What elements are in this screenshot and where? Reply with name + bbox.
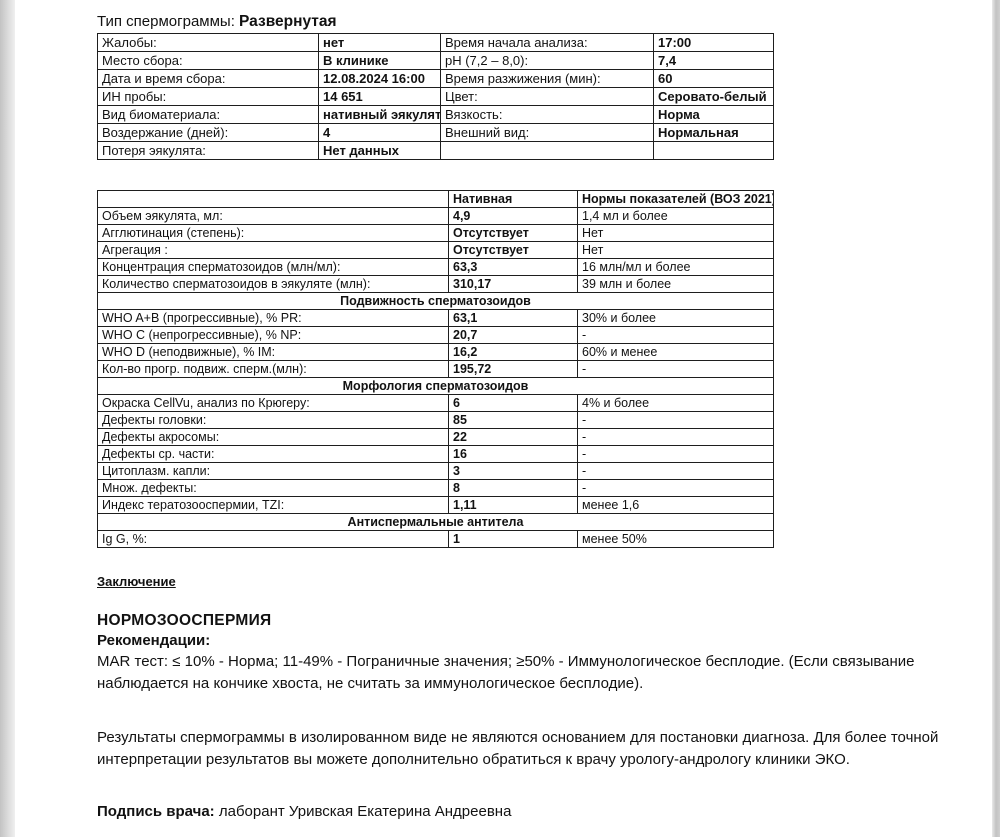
results-section-row: Подвижность сперматозоидов xyxy=(98,293,774,310)
results-data-row: Ig G, %:1менее 50% xyxy=(98,531,774,548)
result-norm: 39 млн и более xyxy=(578,276,774,293)
result-parameter: WHO C (непрогрессивные), % NP: xyxy=(98,327,449,344)
results-header-row: Нативная Нормы показателей (ВОЗ 2021) xyxy=(98,191,774,208)
results-data-row: Окраска CellVu, анализ по Крюгеру:64% и … xyxy=(98,395,774,412)
results-data-row: Количество сперматозоидов в эякуляте (мл… xyxy=(98,276,774,293)
result-parameter: Дефекты ср. части: xyxy=(98,446,449,463)
info-label: Время разжижения (мин): xyxy=(441,70,654,88)
info-label: Внешний вид: xyxy=(441,124,654,142)
result-parameter: WHO A+B (прогрессивные), % PR: xyxy=(98,310,449,327)
result-native-value: 8 xyxy=(449,480,578,497)
info-value: Норма xyxy=(654,106,774,124)
result-norm: - xyxy=(578,480,774,497)
results-data-row: WHO C (непрогрессивные), % NP:20,7- xyxy=(98,327,774,344)
info-table-row: Вид биоматериала:нативный эякулятВязкост… xyxy=(98,106,774,124)
result-norm: менее 50% xyxy=(578,531,774,548)
info-value: 17:00 xyxy=(654,34,774,52)
info-table-row: Дата и время сбора:12.08.2024 16:00Время… xyxy=(98,70,774,88)
info-table-row: Потеря эякулята:Нет данных xyxy=(98,142,774,160)
result-native-value: 16,2 xyxy=(449,344,578,361)
page-title-label: Тип спермограммы: xyxy=(97,13,235,30)
result-parameter: Множ. дефекты: xyxy=(98,480,449,497)
result-parameter: Дефекты акросомы: xyxy=(98,429,449,446)
result-parameter: Дефекты головки: xyxy=(98,412,449,429)
recommendations-label: Рекомендации: xyxy=(97,632,210,649)
result-parameter: WHO D (неподвижные), % IM: xyxy=(98,344,449,361)
results-data-row: Кол-во прогр. подвиж. сперм.(млн):195,72… xyxy=(98,361,774,378)
info-table-row: ИН пробы:14 651Цвет:Серовато-белый xyxy=(98,88,774,106)
info-value xyxy=(654,142,774,160)
result-parameter: Количество сперматозоидов в эякуляте (мл… xyxy=(98,276,449,293)
doctor-signature-value: лаборант Уривская Екатерина Андреевна xyxy=(215,803,512,820)
info-value: 4 xyxy=(319,124,441,142)
results-data-row: Множ. дефекты:8- xyxy=(98,480,774,497)
results-header-norms: Нормы показателей (ВОЗ 2021) xyxy=(578,191,774,208)
results-header-parameter xyxy=(98,191,449,208)
results-section-title: Антиспермальные антитела xyxy=(98,514,774,531)
result-parameter: Цитоплазм. капли: xyxy=(98,463,449,480)
spermogram-report-page: { "header": { "title_label": "Тип спермо… xyxy=(0,0,1000,837)
results-data-row: Дефекты акросомы:22- xyxy=(98,429,774,446)
result-norm: - xyxy=(578,327,774,344)
result-parameter: Агглютинация (степень): xyxy=(98,225,449,242)
result-native-value: 1 xyxy=(449,531,578,548)
mar-test-text: MAR тест: ≤ 10% - Норма; 11-49% - Погран… xyxy=(97,651,953,695)
results-data-row: Объем эякулята, мл:4,91,4 мл и более xyxy=(98,208,774,225)
results-header-native: Нативная xyxy=(449,191,578,208)
result-norm: 16 млн/мл и более xyxy=(578,259,774,276)
info-label: ИН пробы: xyxy=(98,88,319,106)
result-native-value: 63,3 xyxy=(449,259,578,276)
results-data-row: Агрегация :ОтсутствуетНет xyxy=(98,242,774,259)
page-title: Тип спермограммы: Развернутая xyxy=(97,13,337,31)
result-norm: Нет xyxy=(578,225,774,242)
info-table-row: Место сбора:В клиникеpH (7,2 – 8,0):7,4 xyxy=(98,52,774,70)
info-table-row: Воздержание (дней):4Внешний вид:Нормальн… xyxy=(98,124,774,142)
info-label: Воздержание (дней): xyxy=(98,124,319,142)
results-data-row: WHO A+B (прогрессивные), % PR:63,130% и … xyxy=(98,310,774,327)
results-data-row: Концентрация сперматозоидов (млн/мл):63,… xyxy=(98,259,774,276)
result-norm: - xyxy=(578,463,774,480)
page-title-value: Развернутая xyxy=(239,13,337,30)
info-label xyxy=(441,142,654,160)
results-section-row: Морфология сперматозоидов xyxy=(98,378,774,395)
info-table-row: Жалобы:нетВремя начала анализа:17:00 xyxy=(98,34,774,52)
results-data-row: WHO D (неподвижные), % IM:16,260% и мене… xyxy=(98,344,774,361)
result-native-value: 195,72 xyxy=(449,361,578,378)
result-native-value: 85 xyxy=(449,412,578,429)
info-label: Цвет: xyxy=(441,88,654,106)
result-native-value: 63,1 xyxy=(449,310,578,327)
result-norm: - xyxy=(578,361,774,378)
info-value: Серовато-белый xyxy=(654,88,774,106)
info-value: нет xyxy=(319,34,441,52)
results-section-title: Подвижность сперматозоидов xyxy=(98,293,774,310)
info-value: Нормальная xyxy=(654,124,774,142)
result-native-value: 310,17 xyxy=(449,276,578,293)
disclaimer-text: Результаты спермограммы в изолированном … xyxy=(97,727,957,771)
info-label: Жалобы: xyxy=(98,34,319,52)
result-norm: - xyxy=(578,446,774,463)
sample-info-table: Жалобы:нетВремя начала анализа:17:00Мест… xyxy=(97,33,774,160)
results-data-row: Цитоплазм. капли:3- xyxy=(98,463,774,480)
result-native-value: 3 xyxy=(449,463,578,480)
results-data-row: Индекс тератозооспермии, TZI:1,11менее 1… xyxy=(98,497,774,514)
result-parameter: Окраска CellVu, анализ по Крюгеру: xyxy=(98,395,449,412)
info-label: Вид биоматериала: xyxy=(98,106,319,124)
results-data-row: Дефекты головки:85- xyxy=(98,412,774,429)
result-parameter: Индекс тератозооспермии, TZI: xyxy=(98,497,449,514)
result-native-value: 6 xyxy=(449,395,578,412)
result-parameter: Концентрация сперматозоидов (млн/мл): xyxy=(98,259,449,276)
result-norm: 30% и более xyxy=(578,310,774,327)
results-table-body: Объем эякулята, мл:4,91,4 мл и болееАггл… xyxy=(98,208,774,548)
result-native-value: 16 xyxy=(449,446,578,463)
info-value: нативный эякулят xyxy=(319,106,441,124)
info-label: Место сбора: xyxy=(98,52,319,70)
result-native-value: 20,7 xyxy=(449,327,578,344)
result-native-value: 22 xyxy=(449,429,578,446)
info-value: Нет данных xyxy=(319,142,441,160)
result-native-value: Отсутствует xyxy=(449,225,578,242)
result-native-value: Отсутствует xyxy=(449,242,578,259)
result-norm: 1,4 мл и более xyxy=(578,208,774,225)
page-left-edge-shadow xyxy=(0,0,15,837)
info-label: Дата и время сбора: xyxy=(98,70,319,88)
info-label: pH (7,2 – 8,0): xyxy=(441,52,654,70)
info-value: В клинике xyxy=(319,52,441,70)
result-norm: менее 1,6 xyxy=(578,497,774,514)
info-value: 14 651 xyxy=(319,88,441,106)
result-norm: Нет xyxy=(578,242,774,259)
results-section-title: Морфология сперматозоидов xyxy=(98,378,774,395)
results-data-row: Агглютинация (степень):ОтсутствуетНет xyxy=(98,225,774,242)
results-data-row: Дефекты ср. части:16- xyxy=(98,446,774,463)
result-native-value: 1,11 xyxy=(449,497,578,514)
result-native-value: 4,9 xyxy=(449,208,578,225)
info-value: 12.08.2024 16:00 xyxy=(319,70,441,88)
info-value: 7,4 xyxy=(654,52,774,70)
info-label: Потеря эякулята: xyxy=(98,142,319,160)
info-label: Время начала анализа: xyxy=(441,34,654,52)
result-norm: - xyxy=(578,429,774,446)
conclusion-heading: Заключение xyxy=(97,574,176,589)
diagnosis-text: НОРМОЗООСПЕРМИЯ xyxy=(97,612,271,630)
result-norm: - xyxy=(578,412,774,429)
result-norm: 4% и более xyxy=(578,395,774,412)
result-parameter: Кол-во прогр. подвиж. сперм.(млн): xyxy=(98,361,449,378)
results-table: Нативная Нормы показателей (ВОЗ 2021) Об… xyxy=(97,190,774,548)
result-parameter: Объем эякулята, мл: xyxy=(98,208,449,225)
doctor-signature: Подпись врача: лаборант Уривская Екатери… xyxy=(97,803,511,820)
doctor-signature-label: Подпись врача: xyxy=(97,803,215,820)
page-right-edge-shadow xyxy=(992,0,1000,837)
result-parameter: Ig G, %: xyxy=(98,531,449,548)
result-norm: 60% и менее xyxy=(578,344,774,361)
results-section-row: Антиспермальные антитела xyxy=(98,514,774,531)
result-parameter: Агрегация : xyxy=(98,242,449,259)
sample-info-table-body: Жалобы:нетВремя начала анализа:17:00Мест… xyxy=(98,34,774,160)
info-value: 60 xyxy=(654,70,774,88)
info-label: Вязкость: xyxy=(441,106,654,124)
